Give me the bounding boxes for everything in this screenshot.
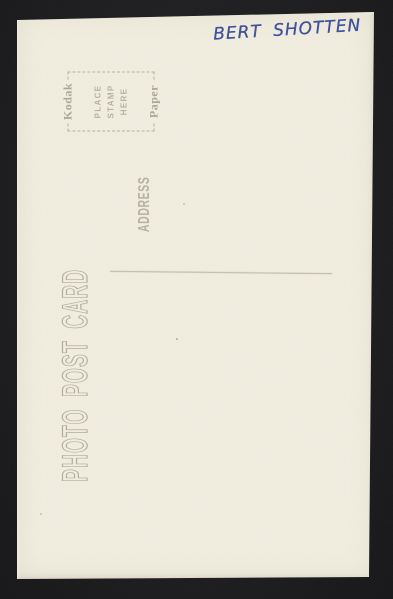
dust-speck <box>176 338 178 340</box>
stamp-instruction-line: STAMP <box>107 85 116 119</box>
stamp-instruction-line: PLACE <box>94 85 103 119</box>
photo-background: BERT SHOTTEN Kodak PLACE STAMP HERE Pape… <box>0 0 393 599</box>
stamp-box-paper-label: Paper <box>148 82 161 121</box>
address-label: ADDRESS <box>137 177 153 232</box>
photo-post-card-label: PHOTO POST CARD <box>59 269 93 482</box>
photo-post-card-wrap: PHOTO POST CARD <box>59 266 93 482</box>
dust-speck <box>183 203 185 205</box>
stamp-box-instructions: PLACE STAMP HERE <box>69 73 154 131</box>
address-line <box>110 271 332 274</box>
address-label-wrap: ADDRESS <box>136 176 152 232</box>
handwritten-name: BERT SHOTTEN <box>213 15 362 44</box>
dust-speck <box>40 513 42 515</box>
postcard-back: BERT SHOTTEN Kodak PLACE STAMP HERE Pape… <box>16 11 376 580</box>
kodak-stamp-box: Kodak PLACE STAMP HERE Paper <box>68 72 155 132</box>
stamp-instruction-line: HERE <box>120 88 129 115</box>
